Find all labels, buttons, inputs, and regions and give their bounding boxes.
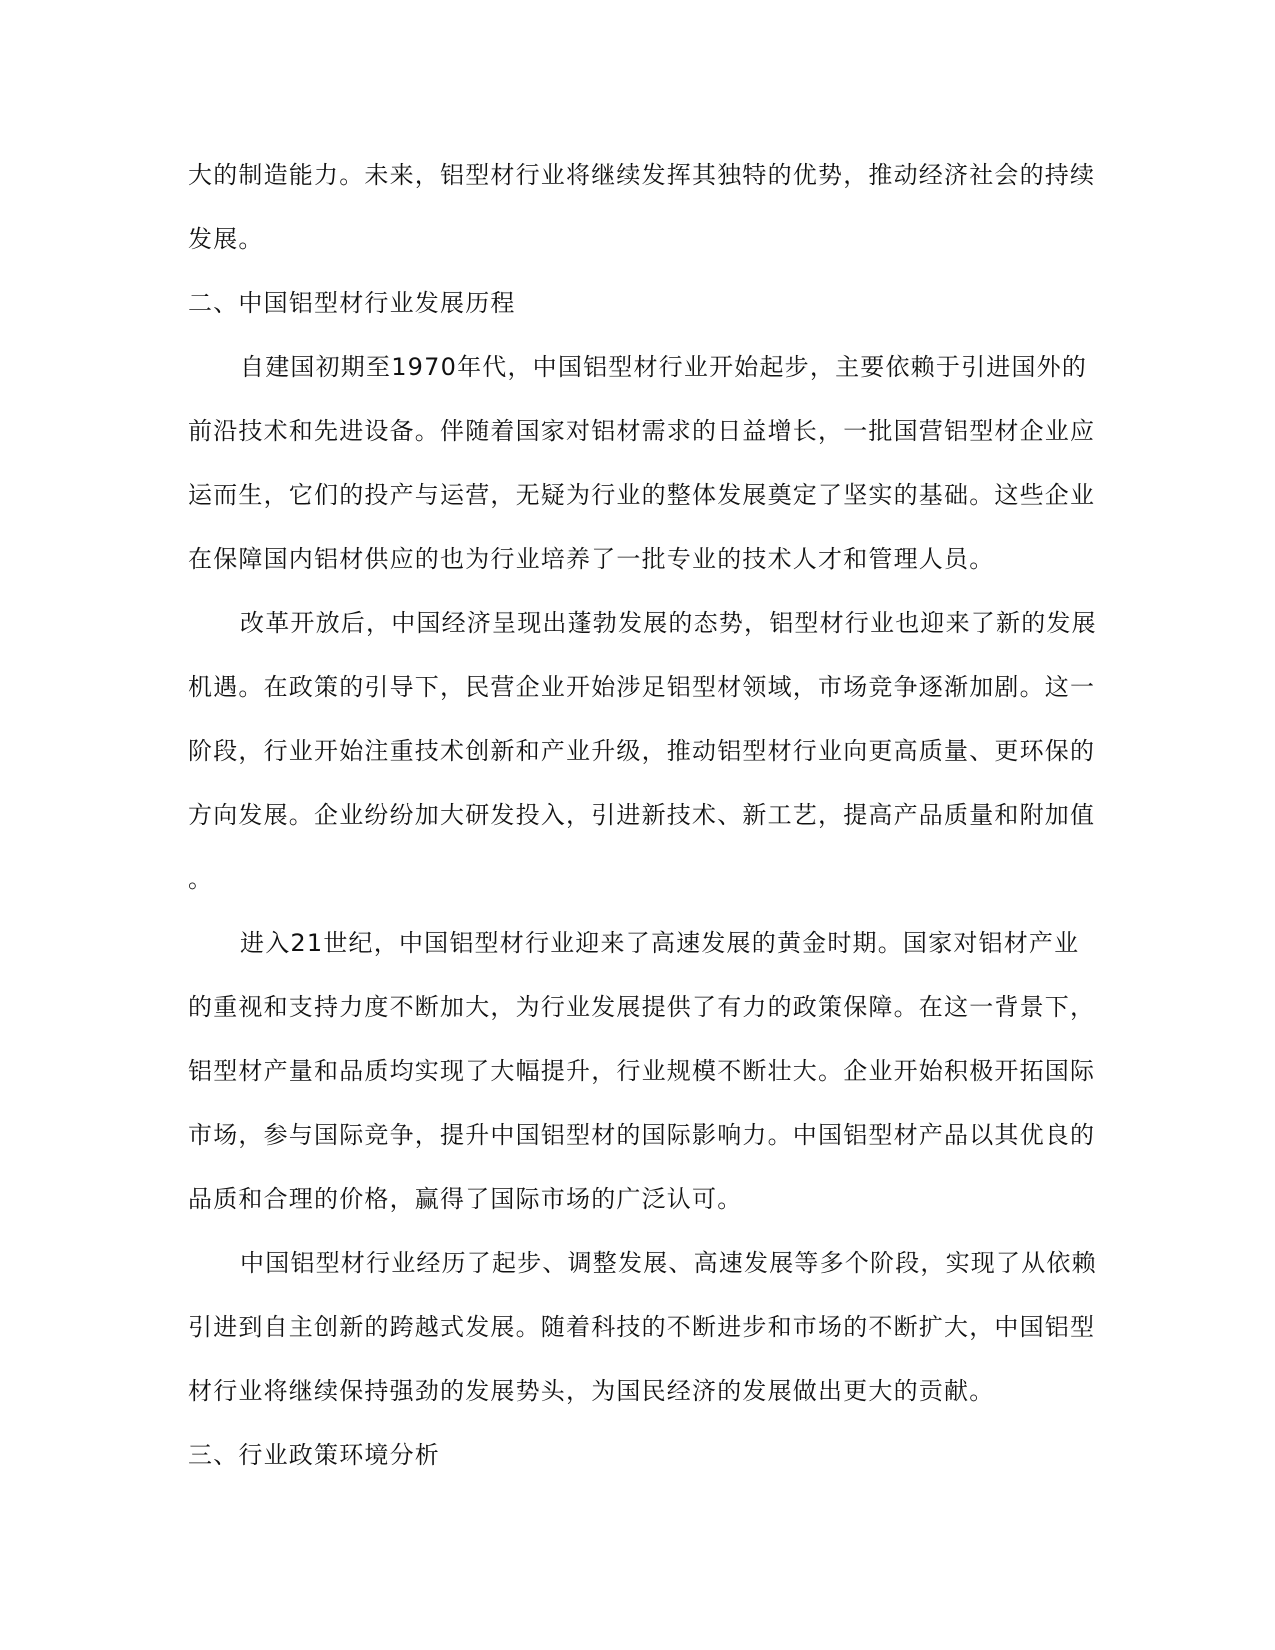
paragraph-line: 方向发展。企业纷纷加大研发投入，引进新技术、新工艺，提高产品质量和附加值	[188, 783, 1088, 847]
paragraph-line: 运而生，它们的投产与运营，无疑为行业的整体发展奠定了坚实的基础。这些企业	[188, 463, 1088, 527]
paragraph-line: 。	[188, 847, 1088, 911]
paragraph-line: 材行业将继续保持强劲的发展势头，为国民经济的发展做出更大的贡献。	[188, 1359, 1088, 1423]
paragraph-line: 中国铝型材行业经历了起步、调整发展、高速发展等多个阶段，实现了从依赖	[188, 1231, 1088, 1295]
paragraph-line: 改革开放后，中国经济呈现出蓬勃发展的态势，铝型材行业也迎来了新的发展	[188, 591, 1088, 655]
paragraph-line: 引进到自主创新的跨越式发展。随着科技的不断进步和市场的不断扩大，中国铝型	[188, 1295, 1088, 1359]
paragraph-line: 铝型材产量和品质均实现了大幅提升，行业规模不断壮大。企业开始积极开拓国际	[188, 1039, 1088, 1103]
paragraph-line: 发展。	[188, 207, 1088, 271]
paragraph-line: 自建国初期至1970年代，中国铝型材行业开始起步，主要依赖于引进国外的	[188, 335, 1088, 399]
paragraph-line: 前沿技术和先进设备。伴随着国家对铝材需求的日益增长，一批国营铝型材企业应	[188, 399, 1088, 463]
section-heading: 二、中国铝型材行业发展历程	[188, 271, 1088, 335]
paragraph-line: 阶段，行业开始注重技术创新和产业升级，推动铝型材行业向更高质量、更环保的	[188, 719, 1088, 783]
paragraph-line: 的重视和支持力度不断加大，为行业发展提供了有力的政策保障。在这一背景下，	[188, 975, 1088, 1039]
paragraph-line: 机遇。在政策的引导下，民营企业开始涉足铝型材领域，市场竞争逐渐加剧。这一	[188, 655, 1088, 719]
section-heading: 三、行业政策环境分析	[188, 1423, 1088, 1487]
paragraph-line: 大的制造能力。未来，铝型材行业将继续发挥其独特的优势，推动经济社会的持续	[188, 143, 1088, 207]
paragraph-line: 市场，参与国际竞争，提升中国铝型材的国际影响力。中国铝型材产品以其优良的	[188, 1103, 1088, 1167]
paragraph-line: 进入21世纪，中国铝型材行业迎来了高速发展的黄金时期。国家对铝材产业	[188, 911, 1088, 975]
paragraph-line: 在保障国内铝材供应的也为行业培养了一批专业的技术人才和管理人员。	[188, 527, 1088, 591]
paragraph-line: 品质和合理的价格，赢得了国际市场的广泛认可。	[188, 1167, 1088, 1231]
document-page: 大的制造能力。未来，铝型材行业将继续发挥其独特的优势，推动经济社会的持续 发展。…	[188, 143, 1088, 1487]
